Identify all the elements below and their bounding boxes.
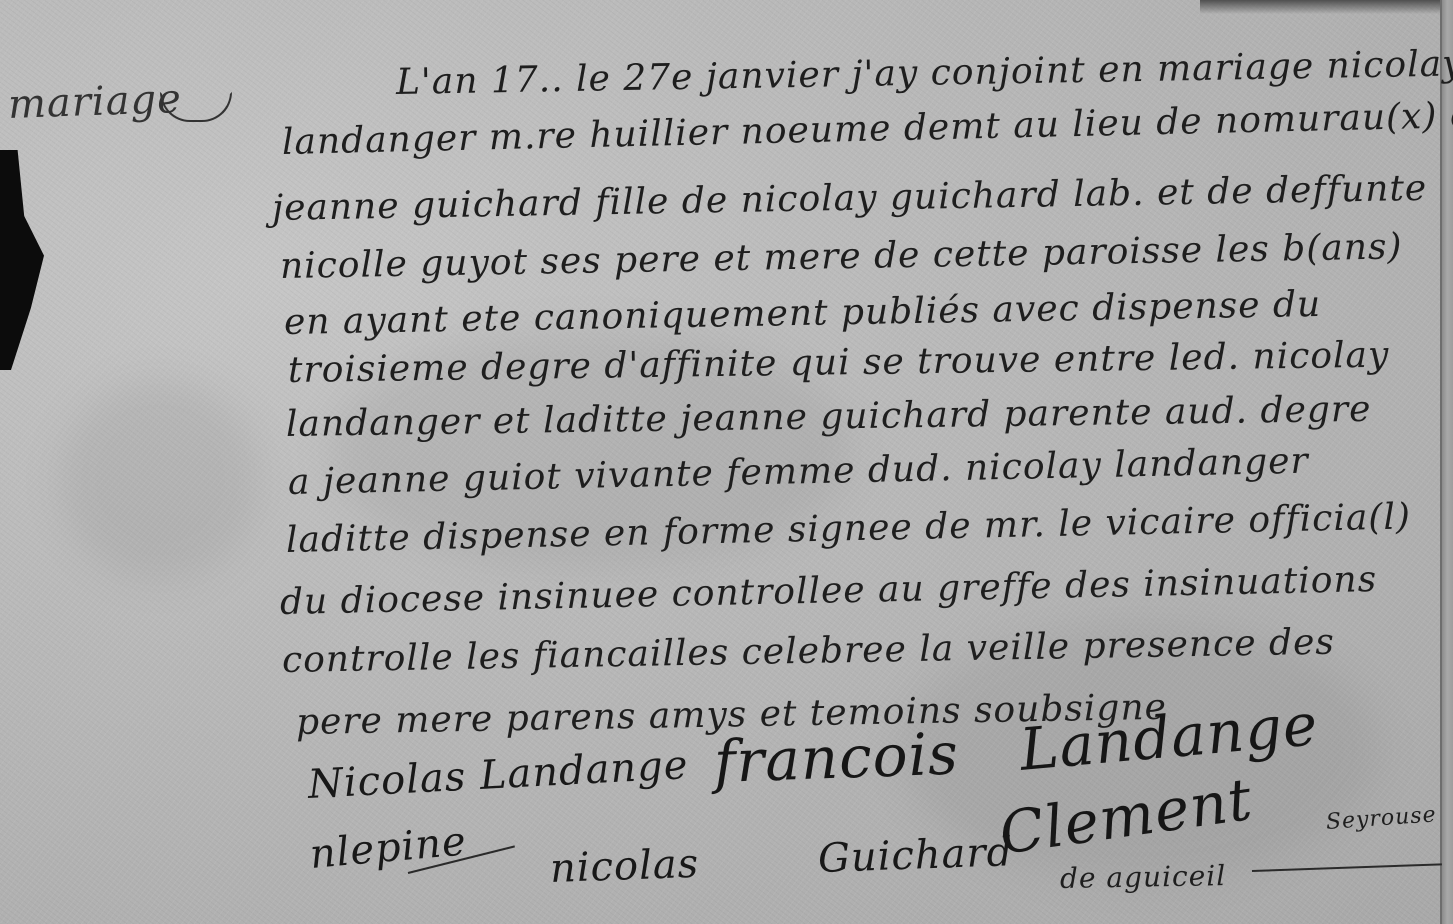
- signature-de-aguiceil: de aguiceil: [1060, 859, 1227, 895]
- signature-nlepine: nlepine: [308, 818, 468, 878]
- signature-nicolas-landange: Nicolas Landange: [307, 742, 690, 808]
- text-line: controlle les fiancailles celebree la ve…: [282, 622, 1336, 681]
- text-line: a jeanne guiot vivante femme dud. nicola…: [288, 441, 1309, 503]
- margin-heading: mariage: [7, 76, 182, 128]
- signature-nicolas: nicolas: [549, 841, 700, 892]
- signature-guichard: Guichard: [817, 829, 1014, 882]
- text-line: nicolle guyot ses pere et mere de cette …: [280, 226, 1403, 287]
- page-shadow: [1200, 0, 1453, 14]
- torn-edge: [0, 150, 44, 370]
- text-line: L'an 17.. le 27e janvier j'ay conjoint e…: [396, 43, 1453, 103]
- text-line: landanger et laditte jeanne guichard par…: [286, 389, 1372, 445]
- binding-edge: [1440, 0, 1453, 924]
- register-page: mariage L'an 17.. le 27e janvier j'ay co…: [0, 0, 1453, 924]
- text-line: en ayant ete canoniquement publiés avec …: [284, 284, 1322, 343]
- signature-underline: [1252, 863, 1442, 872]
- text-line: troisieme degre d'affinite qui se trouve…: [288, 335, 1390, 391]
- signature-seyrouse: Seyrouse: [1325, 802, 1437, 835]
- paper-stain: [60, 380, 260, 580]
- text-line: landanger m.re huillier noeume demt au l…: [282, 95, 1453, 163]
- text-line: jeanne guichard fille de nicolay guichar…: [272, 168, 1428, 229]
- signature-francois: francois: [713, 719, 960, 796]
- text-line: laditte dispense en forme signee de mr. …: [286, 496, 1412, 561]
- text-line: du diocese insinuee controllee au greffe…: [280, 559, 1378, 623]
